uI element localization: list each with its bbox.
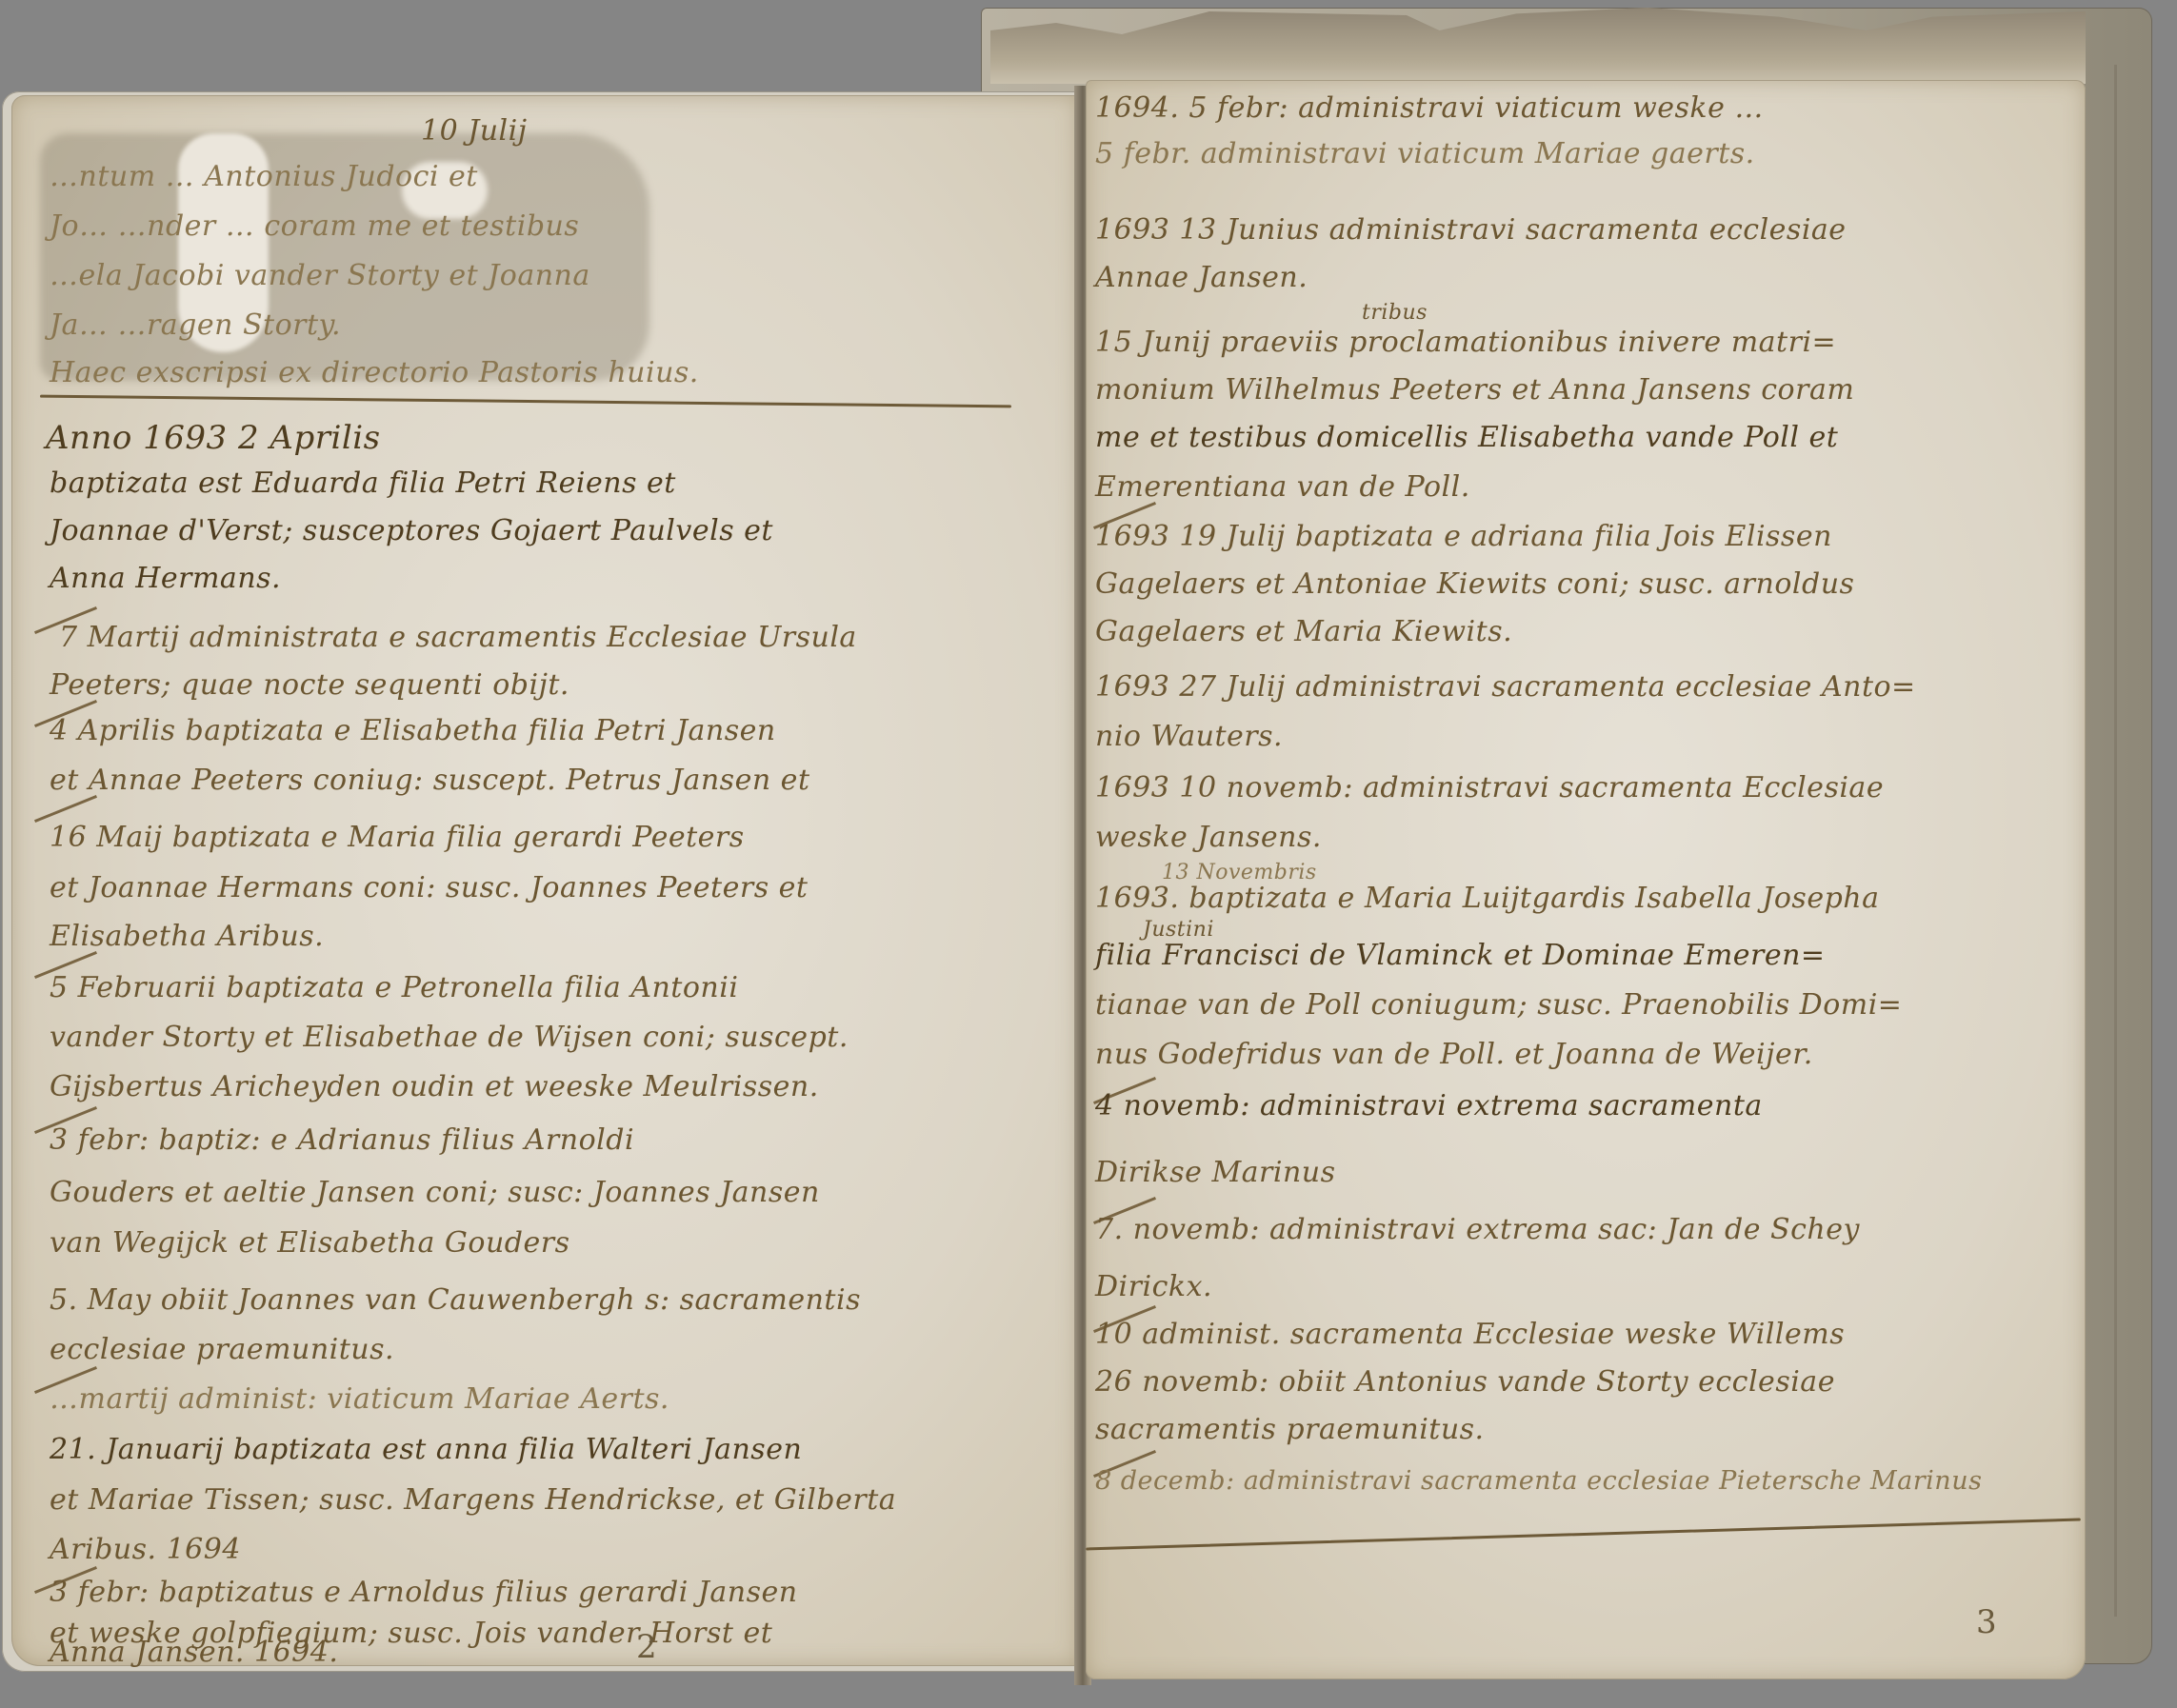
margin-tick [34, 795, 97, 823]
entry-line: 1694. 5 febr: administravi viaticum wesk… [1095, 91, 1764, 125]
entry-line: 16 Maij baptizata e Maria filia gerardi … [50, 821, 745, 854]
entry-line: Peeters; quae nocte sequenti obijt. [50, 668, 569, 702]
entry-line: …ntum … Antonius Judoci et [50, 160, 478, 193]
entry-line: 5 Februarii baptizata e Petronella filia… [50, 971, 738, 1004]
entry-line: et Mariae Tissen; susc. Margens Hendrick… [50, 1483, 896, 1517]
entry-line: Aribus. 1694 [50, 1533, 241, 1566]
entry-line: 21. Januarij baptizata est anna filia Wa… [50, 1433, 802, 1466]
entry-line: 4 Aprilis baptizata e Elisabetha filia P… [50, 714, 776, 747]
entry-line: Annae Jansen. [1095, 261, 1308, 294]
entry-line: me et testibus domicellis Elisabetha van… [1095, 421, 1838, 454]
entry-line: nio Wauters. [1095, 720, 1283, 753]
year-heading: Anno 1693 2 Aprilis [46, 419, 381, 457]
entry-line: 3 febr: baptiz: e Adrianus filius Arnold… [50, 1123, 634, 1157]
entry-line: …martij administ: viaticum Mariae Aerts. [50, 1382, 669, 1416]
entry-line: Anna Jansen. 1694. [50, 1636, 338, 1669]
entry-line: 5. May obiit Joannes van Cauwenbergh s: … [50, 1283, 861, 1317]
entry-line: Ja… …ragen Storty. [50, 308, 341, 342]
entry-line: Dirickx. [1095, 1270, 1212, 1303]
section-rule [40, 395, 1011, 408]
entry-line: 7. novemb: administravi extrema sac: Jan… [1095, 1213, 1860, 1246]
entry-line: Gouders et aeltie Jansen coni; susc: Joa… [50, 1176, 820, 1209]
right-page: 1694. 5 febr: administravi viaticum wesk… [1086, 80, 2086, 1679]
page-number-right: 3 [1976, 1603, 1997, 1641]
entry-line: Gagelaers et Antoniae Kiewits coni; susc… [1095, 567, 1854, 601]
left-page: 10 Julij …ntum … Antonius Judoci et Jo… … [11, 95, 1078, 1666]
entry-line: filia Francisci de Vlaminck et Dominae E… [1095, 939, 1826, 972]
entry-line: tianae van de Poll coniugum; susc. Praen… [1095, 988, 1902, 1022]
interlinear-note: tribus [1362, 301, 1428, 325]
entry-line: nus Godefridus van de Poll. et Joanna de… [1095, 1038, 1813, 1071]
entry-line: 1693. baptizata e Maria Luijtgardis Isab… [1095, 882, 1880, 915]
entry-line: et Annae Peeters coniug: suscept. Petrus… [50, 764, 810, 797]
page-edge-line [2114, 65, 2117, 1617]
entry-line: 15 Junij praeviis proclamationibus inive… [1095, 326, 1836, 359]
entry-line: 5 febr. administravi viaticum Mariae gae… [1095, 137, 1755, 170]
entry-line: 26 novemb: obiit Antonius vande Storty e… [1095, 1365, 1835, 1399]
entry-line: 1693 27 Julij administravi sacramenta ec… [1095, 670, 1916, 704]
entry-line: 4 novemb: administravi extrema sacrament… [1095, 1089, 1763, 1122]
entry-line: 3 febr: baptizatus e Arnoldus filius ger… [50, 1576, 798, 1609]
entry-line: Anna Hermans. [50, 562, 281, 595]
entry-line: 1693 19 Julij baptizata e adriana filia … [1095, 520, 1832, 553]
entry-line: 8 decemb: administravi sacramenta eccles… [1095, 1466, 1982, 1496]
entry-line: weske Jansens. [1095, 821, 1322, 854]
entry-line: Emerentiana van de Poll. [1095, 470, 1470, 504]
entry-line: Gagelaers et Maria Kiewits. [1095, 615, 1512, 648]
entry-line: 1693 13 Junius administravi sacramenta e… [1095, 213, 1847, 247]
entry-line: sacramentis praemunitus. [1095, 1413, 1485, 1446]
section-rule [1086, 1519, 2081, 1551]
entry-line: ecclesiae praemunitus. [50, 1333, 394, 1366]
entry-line: 10 Julij [421, 114, 528, 148]
entry-line: monium Wilhelmus Peeters et Anna Jansens… [1095, 373, 1854, 407]
entry-line: Gijsbertus Aricheyden oudin et weeske Me… [50, 1070, 819, 1103]
entry-line: Joannae d'Verst; susceptores Gojaert Pau… [50, 514, 773, 547]
manuscript-spread: 10 Julij …ntum … Antonius Judoci et Jo… … [0, 0, 2177, 1708]
entry-line: Dirikse Marinus [1095, 1156, 1336, 1189]
entry-line: …ela Jacobi vander Storty et Joanna [50, 259, 590, 292]
entry-line: 10 administ. sacramenta Ecclesiae weske … [1095, 1318, 1845, 1351]
entry-line: baptizata est Eduarda filia Petri Reiens… [50, 467, 676, 500]
entry-line: Jo… …nder … coram me et testibus [50, 209, 579, 243]
entry-line: vander Storty et Elisabethae de Wijsen c… [50, 1021, 849, 1054]
entry-line: 1693 10 novemb: administravi sacramenta … [1095, 771, 1884, 804]
entry-line: 7 Martij administrata e sacramentis Eccl… [59, 621, 857, 654]
page-number-left: 2 [636, 1628, 657, 1666]
entry-line: et Joannae Hermans coni: susc. Joannes P… [50, 871, 808, 904]
entry-line: Haec exscripsi ex directorio Pastoris hu… [50, 356, 699, 389]
entry-line: van Wegijck et Elisabetha Gouders [50, 1226, 569, 1260]
entry-line: Elisabetha Aribus. [50, 920, 324, 953]
